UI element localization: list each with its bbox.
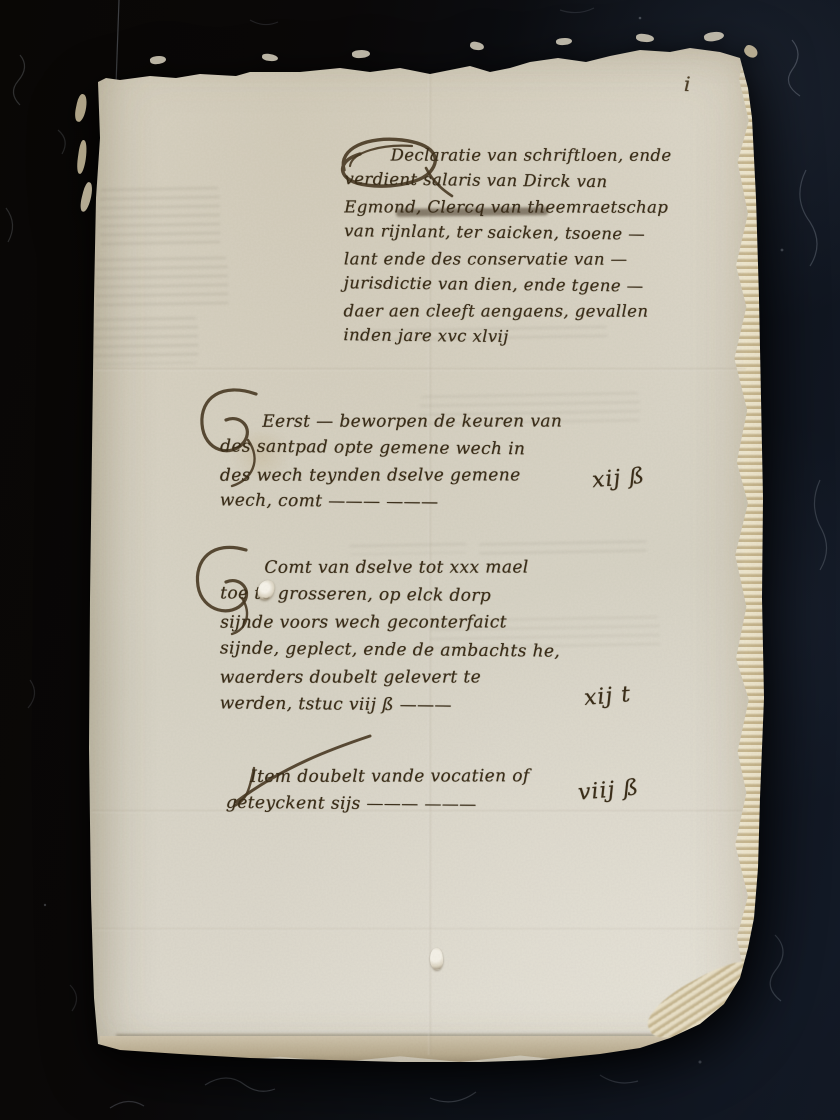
paper-fiber [262, 53, 279, 62]
text-line: daer aen cleeft aengaens, gevallen [344, 298, 671, 324]
fold-crease-horizontal [94, 928, 744, 931]
text-line: sijnde voors wech geconterfaict [220, 609, 560, 637]
paper-fiber [742, 43, 760, 60]
manuscript-paragraph: Eerst — beworpen de keuren van des santp… [220, 407, 563, 517]
paper-fiber [636, 33, 655, 42]
text-line: Eerst — beworpen de keuren van [262, 408, 562, 435]
bleedthrough-marks [94, 317, 199, 365]
bleedthrough-marks [478, 541, 648, 555]
text-line: sijnde, geplect, ende de ambachts he, [220, 635, 560, 666]
torn-corner-fray [73, 93, 89, 122]
text-line: lant ende des conservatie van — [344, 246, 671, 272]
text-line: jurisdictie van dien, ende tgene — [344, 270, 671, 300]
fold-crease-horizontal [94, 368, 746, 371]
deckle-edge-corner [639, 948, 777, 1051]
amount-notation: viij ß [577, 775, 640, 805]
text-line: geteyckent sijs ——— ——— [226, 789, 530, 819]
text-line: werden, tstuc viij ß ——— [220, 690, 560, 721]
paper-fiber [470, 41, 485, 51]
bleedthrough-marks [100, 187, 221, 247]
manuscript-paragraph: Declaratie van schriftloen, ende verdien… [343, 141, 671, 351]
photograph-background: i Declaratie van schriftloen, ende verdi… [0, 0, 840, 1120]
deckle-edge-right [728, 38, 768, 1072]
text-line: des wech teynden dselve gemene [220, 462, 562, 489]
paper-fiber [150, 55, 167, 65]
paper-fiber [703, 30, 724, 42]
text-line: waerders doubelt gelevert te [220, 664, 560, 692]
amount-notation: xij t [583, 682, 632, 711]
text-line: wech, comt ——— ——— [220, 487, 562, 517]
text-line: des santpad opte gemene wech in [220, 433, 562, 463]
text-line: inden jare xvc xlvij [343, 322, 670, 352]
text-line: Declaratie van schriftloen, ende [391, 143, 672, 169]
manuscript-page: i Declaratie van schriftloen, ende verdi… [0, 0, 840, 1120]
bleedthrough-marks [96, 257, 229, 311]
paper-fiber [556, 37, 573, 46]
text-line: Comt van dselve tot xxx mael [264, 554, 560, 582]
paper-fiber [352, 49, 371, 59]
text-line: Item doubelt vande vocatien of [250, 762, 530, 791]
manuscript-paragraph: Comt van dselve tot xxx mael toe te gros… [220, 553, 561, 720]
paper-sheet: i Declaratie van schriftloen, ende verdi… [86, 42, 766, 1072]
amount-notation: xij ß [591, 464, 646, 494]
ink-smudge [396, 207, 548, 217]
page-stack-edge [100, 1036, 700, 1062]
torn-corner-fray [76, 140, 89, 175]
manuscript-paragraph: Item doubelt vande vocatien of geteycken… [226, 761, 530, 818]
text-line: verdient salaris van Dirck van [344, 166, 671, 196]
torn-corner-fray [79, 181, 95, 212]
text-line: van rijnlant, ter saicken, tsoene — [344, 218, 671, 248]
folio-number: i [684, 72, 692, 96]
